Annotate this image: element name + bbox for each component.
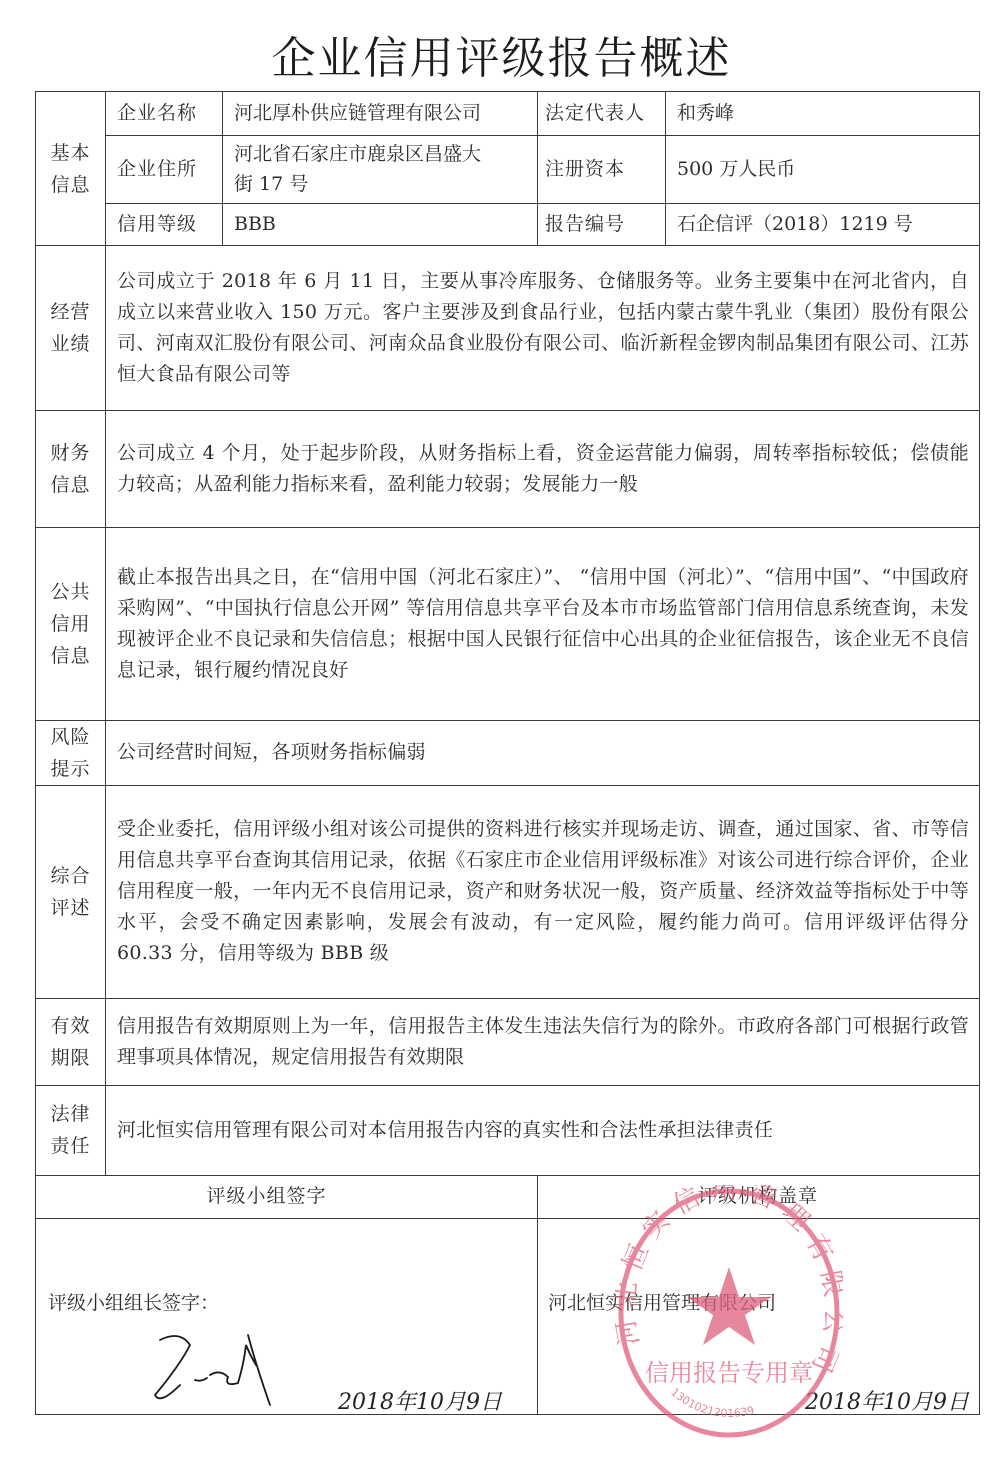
divider [36, 1218, 979, 1219]
section-label-business-performance: 经营业绩 [36, 245, 105, 410]
agency-sign-date: 2018年10月9日 [805, 1385, 969, 1416]
handwritten-signature [140, 1325, 300, 1415]
section-label-validity: 有效期限 [36, 998, 105, 1085]
section-text-public-credit-info: 截止本报告出具之日，在“信用中国（河北石家庄）”、 “信用中国（河北）”、“信用… [105, 527, 979, 720]
agency-name: 河北恒实信用管理有限公司 [548, 1288, 776, 1319]
section-text-overall-review: 受企业委托，信用评级小组对该公司提供的资料进行核实并现场走访、调查，通过国家、省… [105, 785, 979, 998]
field-value-registered-capital: 500 万人民币 [665, 135, 979, 203]
field-value-report-number: 石企信评（2018）1219 号 [665, 203, 979, 245]
team-sign-date: 2018年10月9日 [338, 1385, 502, 1416]
field-value-company-name: 河北厚朴供应链管理有限公司 [222, 92, 537, 135]
field-label-registered-capital: 注册资本 [537, 135, 665, 203]
section-label-financial-info: 财务信息 [36, 410, 105, 527]
report-table: 基本信息 企业名称 河北厚朴供应链管理有限公司 法定代表人 和秀峰 企业住所 河… [35, 91, 980, 1415]
field-label-legal-rep: 法定代表人 [537, 92, 665, 135]
team-leader-sign-label: 评级小组组长签字： [48, 1288, 219, 1319]
field-label-report-number: 报告编号 [537, 203, 665, 245]
section-text-legal-liability: 河北恒实信用管理有限公司对本信用报告内容的真实性和合法性承担法律责任 [105, 1085, 979, 1175]
field-value-address: 河北省石家庄市鹿泉区昌盛大街 17 号 [222, 135, 537, 203]
field-label-address: 企业住所 [105, 135, 222, 203]
signature-header-agency: 评级机构盖章 [537, 1175, 979, 1218]
page-title: 企业信用评级报告概述 [0, 22, 1003, 86]
section-label-public-credit-info: 公共信用信息 [36, 527, 105, 720]
field-label-company-name: 企业名称 [105, 92, 222, 135]
field-value-legal-rep: 和秀峰 [665, 92, 979, 135]
section-text-business-performance: 公司成立于 2018 年 6 月 11 日，主要从事冷库服务、仓储服务等。业务主… [105, 245, 979, 410]
section-text-risk-warning: 公司经营时间短，各项财务指标偏弱 [105, 720, 979, 785]
section-label-basic-info: 基本信息 [36, 92, 105, 245]
section-label-overall-review: 综合评述 [36, 785, 105, 998]
section-label-legal-liability: 法律责任 [36, 1085, 105, 1175]
signature-header-team: 评级小组签字 [36, 1175, 537, 1218]
field-value-credit-grade: BBB [222, 203, 537, 245]
section-text-financial-info: 公司成立 4 个月，处于起步阶段，从财务指标上看，资金运营能力偏弱，周转率指标较… [105, 410, 979, 527]
field-label-credit-grade: 信用等级 [105, 203, 222, 245]
section-label-risk-warning: 风险提示 [36, 720, 105, 785]
section-text-validity: 信用报告有效期原则上为一年，信用报告主体发生违法失信行为的除外。市政府各部门可根… [105, 998, 979, 1085]
